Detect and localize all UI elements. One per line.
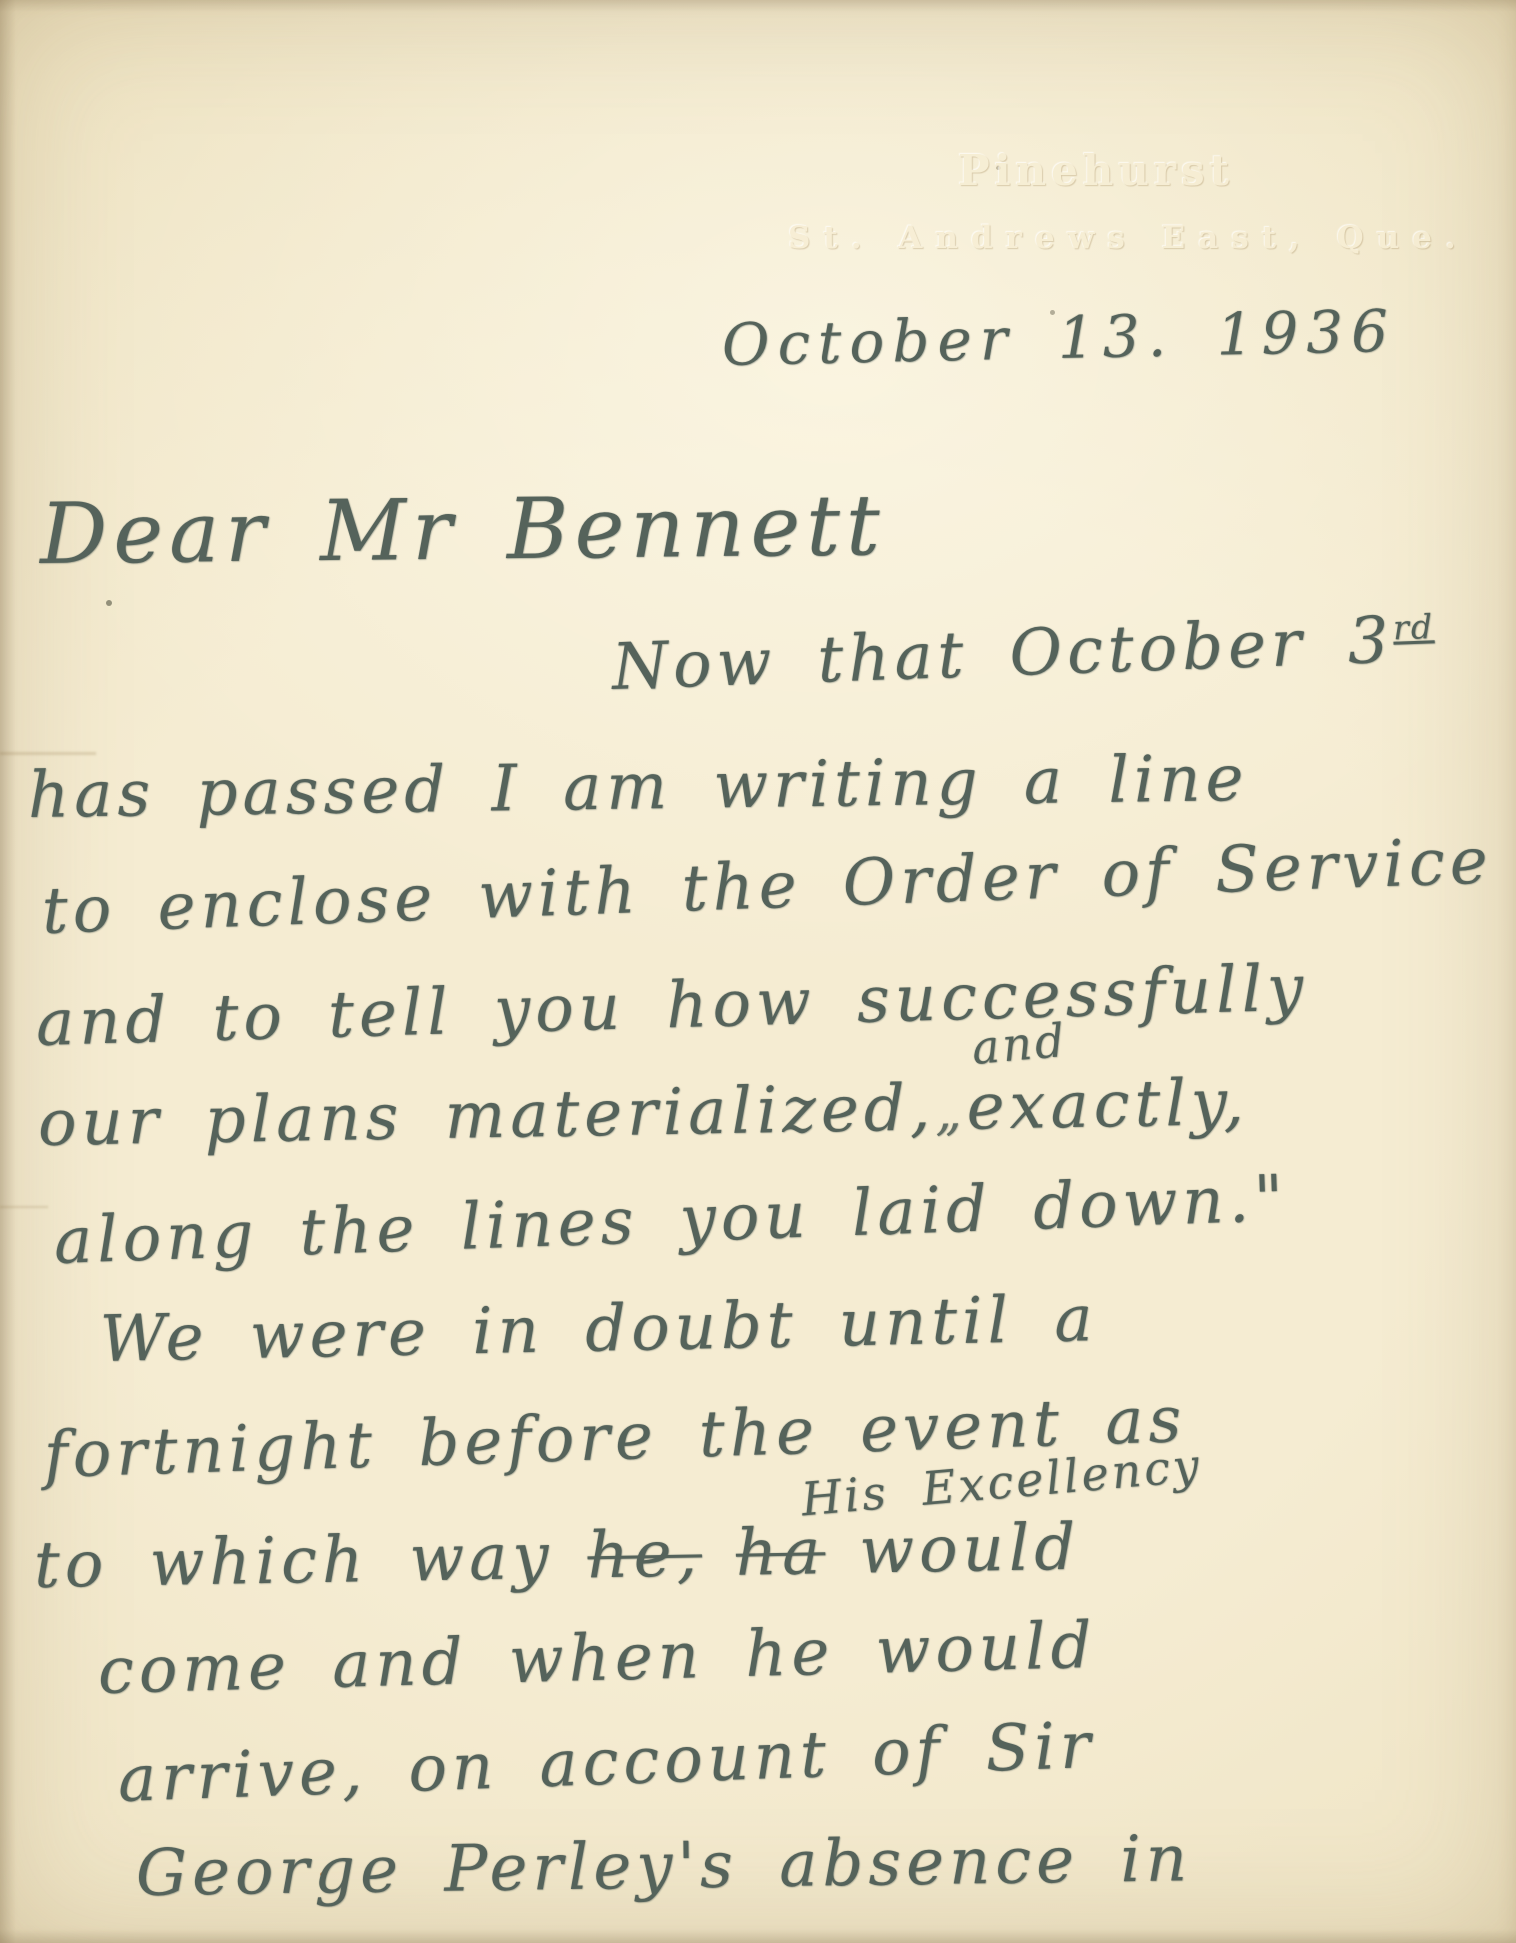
body-line-4: and to tell you how successfully: [35, 956, 1309, 1056]
body-line-5-text: our plans materialized,: [37, 1071, 935, 1161]
body-line-10: come and when he would: [97, 1614, 1097, 1704]
body-line-5: our plans materialized,„exactly,and: [37, 1071, 1249, 1156]
word-gap: [826, 1573, 860, 1574]
paper-edge-shadow-left: [0, 0, 16, 1943]
letter-page: Pinehurst St. Andrews East, Que. October…: [0, 0, 1516, 1943]
body-line-9: to which wayhe,hawouldHis Excellency: [33, 1516, 1080, 1598]
body-line-1: Now that October 3rd: [611, 607, 1436, 700]
paper-edge-shadow-bottom: [0, 1929, 1516, 1943]
body-line-1-text: Now that October 3: [611, 604, 1395, 705]
body-line-6: along the lines you laid down.": [53, 1167, 1289, 1274]
word-gap: [702, 1575, 736, 1576]
fold-crease: [0, 752, 96, 755]
struck-word-he: he,: [587, 1517, 703, 1593]
embossed-letterhead-line-1: Pinehurst: [958, 146, 1234, 195]
body-line-11: arrive, on account of Sir: [117, 1714, 1097, 1812]
body-line-9-tail: would: [859, 1511, 1081, 1589]
ordinal-superscript: rd: [1392, 607, 1435, 647]
paper-edge-shadow-top: [0, 0, 1516, 12]
body-line-7: We were in doubt until a: [99, 1287, 1098, 1372]
body-line-2: has passed I am writing a line: [28, 747, 1249, 828]
body-line-3: to enclose with the Order of Service: [41, 829, 1494, 944]
insertion-caret: „: [935, 1082, 968, 1143]
salutation-line: Dear Mr Bennett: [40, 483, 887, 576]
interlinear-insertion-and: and: [970, 1017, 1069, 1071]
body-line-5-tail: exactly,: [966, 1066, 1249, 1145]
fold-crease: [0, 1206, 48, 1208]
embossed-letterhead-line-2: St. Andrews East, Que.: [788, 220, 1469, 256]
word-gap: [554, 1577, 588, 1578]
body-line-12: George Perley's absence in: [136, 1827, 1193, 1906]
date-line: October 13. 1936: [721, 302, 1396, 374]
paper-speck: [106, 600, 112, 606]
struck-word-ha: ha: [735, 1515, 826, 1591]
body-line-9-text: to which way: [33, 1520, 554, 1603]
